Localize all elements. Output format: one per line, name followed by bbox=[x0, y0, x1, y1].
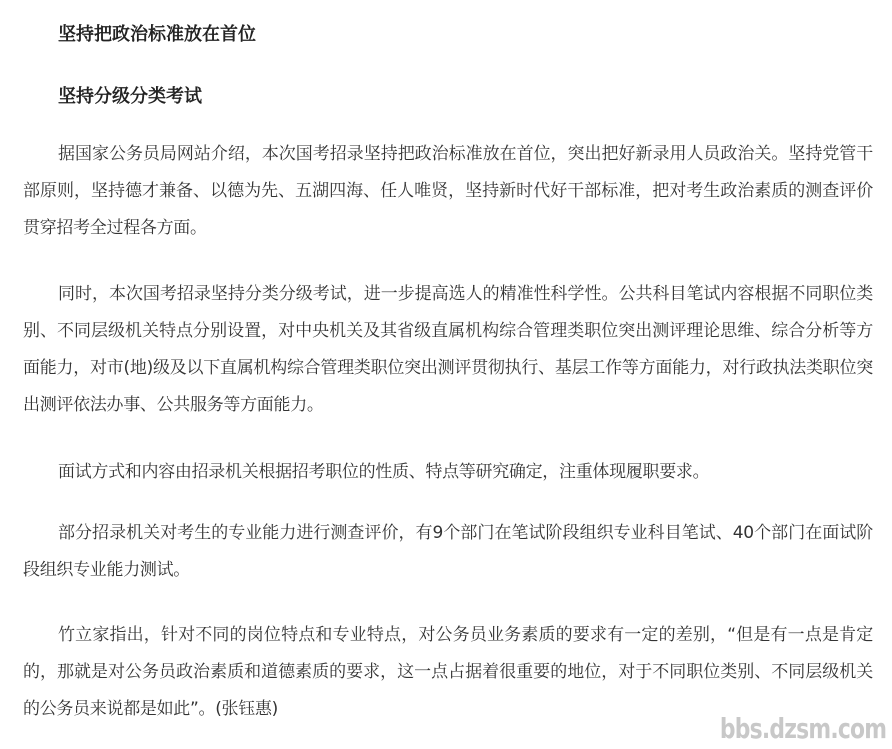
paragraph-intro: 据国家公务员局网站介绍，本次国考招录坚持把政治标准放在首位，突出把好新录用人员政… bbox=[23, 136, 873, 247]
section-heading-graded-exam: 坚持分级分类考试 bbox=[58, 82, 202, 108]
paragraph-graded-exam: 同时，本次国考招录坚持分类分级考试，进一步提高选人的精准性科学性。公共科目笔试内… bbox=[23, 276, 873, 424]
section-heading-political-standard: 坚持把政治标准放在首位 bbox=[58, 20, 256, 46]
paragraph-professional-ability: 部分招录机关对考生的专业能力进行测查评价，有9个部门在笔试阶段组织专业科目笔试、… bbox=[23, 515, 873, 589]
paragraph-interview: 面试方式和内容由招录机关根据招考职位的性质、特点等研究确定，注重体现履职要求。 bbox=[23, 454, 873, 491]
site-watermark: bbs.dzsm.com bbox=[720, 712, 886, 745]
